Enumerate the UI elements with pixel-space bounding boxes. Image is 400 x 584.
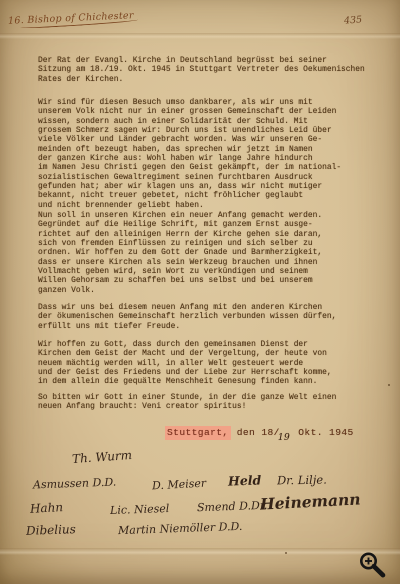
typed-paragraph-2: Wir sind für diesen Besuch umso dankbare… — [38, 98, 378, 210]
signature-niemoeller: Martin Niemöller D.D. — [118, 520, 243, 537]
dateline-handwritten-day: 19 — [278, 433, 290, 443]
signature-asmussen: Asmussen D.D. — [33, 476, 117, 492]
signature-lilje: Dr. Lilje. — [277, 473, 327, 488]
typed-paragraph-5: Wir hoffen zu Gott, dass durch den gemei… — [38, 340, 378, 387]
signature-heinemann: Heinemann — [260, 489, 361, 513]
paper-crease-bottom — [0, 548, 400, 555]
signature-meiser: D. Meiser — [152, 477, 207, 493]
dateline-suffix: Okt. 1945 — [292, 427, 354, 438]
signature-held: Held — [228, 472, 262, 488]
signature-wurm: Th. Wurm — [72, 448, 133, 466]
paper-speck — [285, 552, 287, 554]
signature-niesel: Lic. Niesel — [110, 502, 170, 517]
dateline-highlight: Stuttgart, — [165, 426, 231, 440]
typed-paragraph-6: So bitten wir Gott in einer Stunde, in d… — [38, 393, 378, 412]
dateline-mid: den 18/ — [231, 427, 280, 438]
typed-paragraph-1: Der Rat der Evangl. Kirche in Deutschlan… — [38, 56, 378, 84]
typed-paragraph-4: Dass wir uns bei diesem neuen Anfang mit… — [38, 303, 378, 331]
document-photo: 16. Bishop of Chichester 435 Der Rat der… — [0, 0, 400, 584]
page-number: 435 — [344, 14, 363, 26]
typed-paragraph-3: Nun soll in unseren Kirchen ein neuer An… — [38, 211, 378, 295]
signature-hahn: Hahn — [30, 500, 64, 516]
signature-dibelius: Dibelius — [26, 522, 76, 538]
archival-annotation: 16. Bishop of Chichester — [8, 10, 134, 26]
paper-speck — [388, 384, 390, 386]
signature-smend: Smend D.Dr. — [197, 499, 268, 514]
paper-crease-top — [0, 33, 400, 39]
zoom-in-icon[interactable] — [357, 550, 387, 580]
dateline: Stuttgart, den 18/19 Okt. 1945 — [165, 427, 354, 438]
